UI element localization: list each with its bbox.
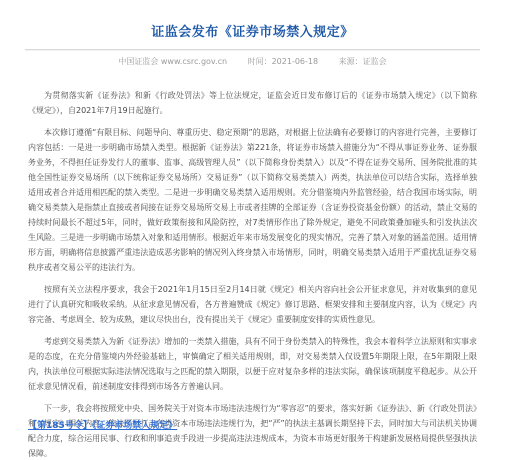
article-body: 为贯彻落实新《证券法》和新《行政处罚法》等上位法规定，证监会近日发布修订后的《证…: [28, 88, 477, 460]
article-paragraph: 为贯彻落实新《证券法》和新《行政处罚法》等上位法规定，证监会近日发布修订后的《证…: [28, 88, 477, 118]
article-paragraph: 考虑到交易类禁入为新《证券法》增加的一类禁入措施，具有不同于身份类禁入的特殊性，…: [28, 334, 477, 394]
meta-source-site: 中国证监会 www.csrc.gov.cn: [118, 57, 227, 66]
article-meta: 中国证监会 www.csrc.gov.cn 时间：2021-06-18 来源：证…: [0, 56, 505, 67]
article-page: 证监会发布《证券市场禁入规定》 中国证监会 www.csrc.gov.cn 时间…: [0, 0, 505, 460]
article-paragraph: 本次修订遵循“有限目标、问题导向、尊重历史、稳定预期”的思路，对根据上位法确有必…: [28, 125, 477, 275]
meta-origin: 来源：证监会: [339, 57, 387, 66]
attachment-row: 【第185号令】《证券市场禁入规定》: [28, 418, 177, 431]
attachment-link-decree-185[interactable]: 【第185号令】《证券市场禁入规定》: [28, 421, 177, 431]
article-paragraph: 按照有关立法程序要求，我会于2021年1月15日至2月14日就《规定》相关内容向…: [28, 282, 477, 327]
meta-publish-time: 时间：2021-06-18: [248, 57, 319, 66]
page-title: 证监会发布《证券市场禁入规定》: [0, 21, 505, 40]
title-divider: [25, 49, 480, 51]
